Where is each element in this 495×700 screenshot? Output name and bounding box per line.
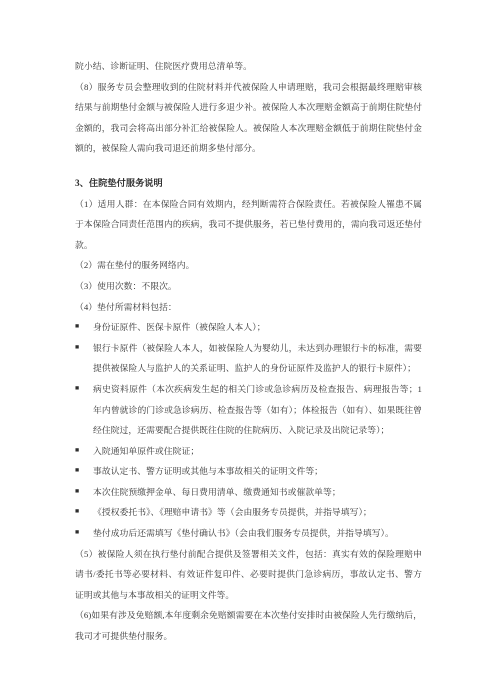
bullet-square-icon: ■ (75, 379, 93, 400)
bullet-item: ■ 银行卡原件（被保险人本人，如被保险人为婴幼儿，未达到办理银行卡的标准，需要提… (75, 338, 422, 379)
bullet-text: 垫付成功后还需填写《垫付确认书》（会由我们服务专员提供，并指导填写）。 (93, 523, 422, 544)
bullet-item: ■ 身份证原件、医保卡原件（被保险人本人）； (75, 317, 422, 338)
section-heading: 3、住院垫付服务说明 (75, 173, 422, 194)
clause-paragraph: （2）需在垫付的服务网络内。 (75, 255, 422, 276)
clause-paragraph: （3）使用次数：不限次。 (75, 276, 422, 297)
bullet-list: ■ 身份证原件、医保卡原件（被保险人本人）； ■ 银行卡原件（被保险人本人，如被… (75, 317, 422, 544)
bullet-item: ■ 垫付成功后还需填写《垫付确认书》（会由我们服务专员提供，并指导填写）。 (75, 523, 422, 544)
paragraph: （8）服务专员会整理收到的住院材料并代被保险人申请理赔，我司会根据最终理赔审核结… (75, 77, 422, 159)
bullet-text: 《授权委托书》、《理赔申请书》等（会由服务专员提供，并指导填写）； (93, 502, 422, 523)
bullet-item: ■ 入院通知单原件或住院证； (75, 441, 422, 462)
bullet-square-icon: ■ (75, 441, 93, 462)
bullet-text: 身份证原件、医保卡原件（被保险人本人）； (93, 317, 422, 338)
bullet-square-icon: ■ (75, 523, 93, 544)
bullet-text: 银行卡原件（被保险人本人，如被保险人为婴幼儿，未达到办理银行卡的标准，需要提供被… (93, 338, 422, 379)
bullet-text: 病史资料原件（本次疾病发生起的相关门诊或急诊病历及检查报告、病理报告等；1年内曾… (93, 379, 422, 441)
clause-paragraph: （1）适用人群：在本保险合同有效期内，经判断需符合保险责任。若被保险人罹患不属于… (75, 194, 422, 256)
bullet-square-icon: ■ (75, 502, 93, 523)
clauses-before-list: （1）适用人群：在本保险合同有效期内，经判断需符合保险责任。若被保险人罹患不属于… (75, 194, 422, 318)
clause-paragraph: （6)如果有涉及免赔额,本年度剩余免赔额需要在本次垫付安排时由被保险人先行缴纳后… (75, 605, 422, 646)
bullet-text: 本次住院预缴押金单、每日费用清单、缴费通知书或催款单等； (93, 482, 422, 503)
document-page: 院小结、诊断证明、住院医疗费用总清单等。 （8）服务专员会整理收到的住院材料并代… (0, 0, 495, 700)
bullet-text: 事故认定书、警方证明或其他与本事故相关的证明文件等； (93, 461, 422, 482)
clause-paragraph: （5）被保险人须在执行垫付前配合提供及签署相关文件，包括：真实有效的保险理赔申请… (75, 544, 422, 606)
paragraph: 院小结、诊断证明、住院医疗费用总清单等。 (75, 56, 422, 77)
bullet-item: ■ 事故认定书、警方证明或其他与本事故相关的证明文件等； (75, 461, 422, 482)
clause-paragraph: （4）垫付所需材料包括： (75, 297, 422, 318)
bullet-text: 入院通知单原件或住院证； (93, 441, 422, 462)
bullet-square-icon: ■ (75, 338, 93, 359)
intro-paragraphs: 院小结、诊断证明、住院医疗费用总清单等。 （8）服务专员会整理收到的住院材料并代… (75, 56, 422, 159)
bullet-square-icon: ■ (75, 461, 93, 482)
bullet-item: ■ 病史资料原件（本次疾病发生起的相关门诊或急诊病历及检查报告、病理报告等；1年… (75, 379, 422, 441)
bullet-item: ■ 《授权委托书》、《理赔申请书》等（会由服务专员提供，并指导填写）； (75, 502, 422, 523)
bullet-square-icon: ■ (75, 317, 93, 338)
clauses-after-list: （5）被保险人须在执行垫付前配合提供及签署相关文件，包括：真实有效的保险理赔申请… (75, 544, 422, 647)
document-body: 院小结、诊断证明、住院医疗费用总清单等。 （8）服务专员会整理收到的住院材料并代… (75, 56, 422, 647)
bullet-square-icon: ■ (75, 482, 93, 503)
bullet-item: ■ 本次住院预缴押金单、每日费用清单、缴费通知书或催款单等； (75, 482, 422, 503)
